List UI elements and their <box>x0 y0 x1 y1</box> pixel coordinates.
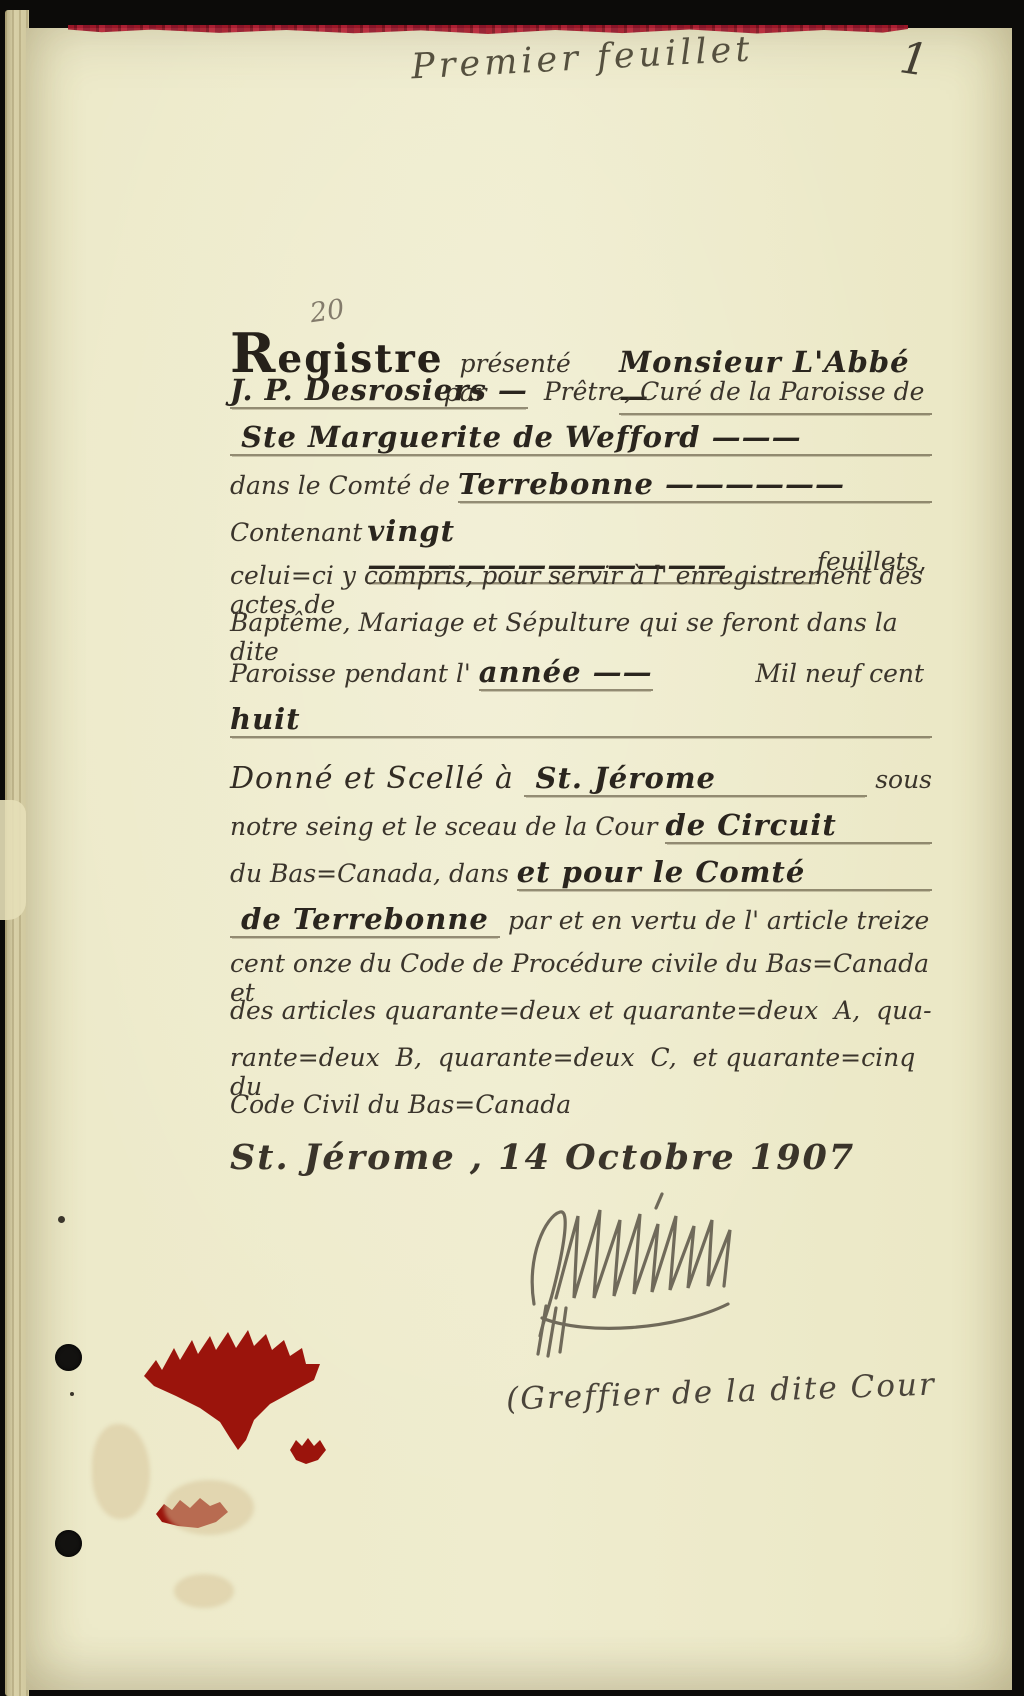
document-line: du Bas=Canada, dans et pour le Comté <box>230 855 932 902</box>
handwritten-date: St. Jérome , 14 Octobre 1907 <box>230 1137 855 1178</box>
document-line: celui=ci y compris, pour servir à l' enr… <box>230 561 932 608</box>
handwritten-entry: Terrebonne —————— <box>458 467 932 503</box>
pencil-count-note: 20 <box>308 294 346 329</box>
document-line: Contenant vingt ———————————— feuillets, <box>230 514 932 561</box>
document-line: huit <box>230 702 932 749</box>
document-line: rante=deux B, quarante=deux C, et quaran… <box>230 1043 932 1090</box>
handwritten-entry: année —— <box>479 655 653 691</box>
document-line: Registre présenté par Monsieur L'Abbé — <box>230 326 932 373</box>
printed-text: Code Civil du Bas=Canada <box>230 1090 571 1119</box>
wax-seal-fragment-small <box>288 1436 328 1466</box>
printed-text: Contenant <box>230 518 367 547</box>
handwritten-entry: J. P. Desrosiers — <box>230 373 528 409</box>
ink-speck <box>58 1216 65 1223</box>
handwritten-entry: de Circuit <box>665 808 932 844</box>
ink-speck <box>70 1392 74 1396</box>
document-line: Donné et Scellé à St. Jérome sous <box>230 761 932 808</box>
document-line: Baptême, Mariage et Sépulture qui se fer… <box>230 608 932 655</box>
punch-hole <box>55 1530 82 1557</box>
handwritten-entry: huit <box>230 702 932 738</box>
paper-stain <box>164 1480 254 1535</box>
printed-text-large: Donné et Scellé à <box>230 761 524 796</box>
printed-text: sous <box>867 765 932 794</box>
printed-text: dans le Comté de <box>230 471 458 500</box>
printed-text: notre seing et le sceau de la Cour <box>230 812 665 841</box>
document-line: des articles quarante=deux et quarante=d… <box>230 996 932 1043</box>
handwritten-entry: de Terrebonne <box>230 902 500 938</box>
document-line: notre seing et le sceau de la Cour de Ci… <box>230 808 932 855</box>
torn-paper-edge <box>0 800 26 920</box>
header-annotation: Premier feuillet <box>410 29 772 88</box>
document-body: Registre présenté par Monsieur L'Abbé —J… <box>230 326 932 1193</box>
document-line: Ste Marguerite de Wefford ——— <box>230 420 932 467</box>
document-line: St. Jérome , 14 Octobre 1907 <box>230 1137 932 1193</box>
signature-block: (Greffier de la dite Cour <box>496 1186 926 1436</box>
document-line: cent onze du Code de Procédure civile du… <box>230 949 932 996</box>
signature-scrawl <box>516 1186 836 1376</box>
document-line: dans le Comté de Terrebonne —————— <box>230 467 932 514</box>
printed-text: du Bas=Canada, dans <box>230 859 517 888</box>
handwritten-entry: Ste Marguerite de Wefford ——— <box>230 420 932 456</box>
printed-text: des articles quarante=deux et quarante=d… <box>230 996 932 1025</box>
printed-text: Prêtre, Curé de la Paroisse de <box>528 377 932 406</box>
handwritten-entry: St. Jérome <box>524 761 867 797</box>
printed-text: Mil neuf cent <box>755 659 932 688</box>
paper-stain <box>92 1424 150 1519</box>
paper-stain <box>174 1574 234 1608</box>
handwritten-entry: et pour le Comté <box>517 855 932 891</box>
printed-text: par et en vertu de l' article treize <box>500 906 932 935</box>
document-line: Paroisse pendant l' année ——Mil neuf cen… <box>230 655 932 702</box>
punch-hole <box>55 1344 82 1371</box>
register-page: Premier feuillet 1 20 Registre présenté … <box>26 28 1012 1690</box>
page-number: 1 <box>897 32 932 86</box>
printed-text: Paroisse pendant l' <box>230 659 479 688</box>
document-line: de Terrebonne par et en vertu de l' arti… <box>230 902 932 949</box>
red-page-edge <box>68 25 908 34</box>
